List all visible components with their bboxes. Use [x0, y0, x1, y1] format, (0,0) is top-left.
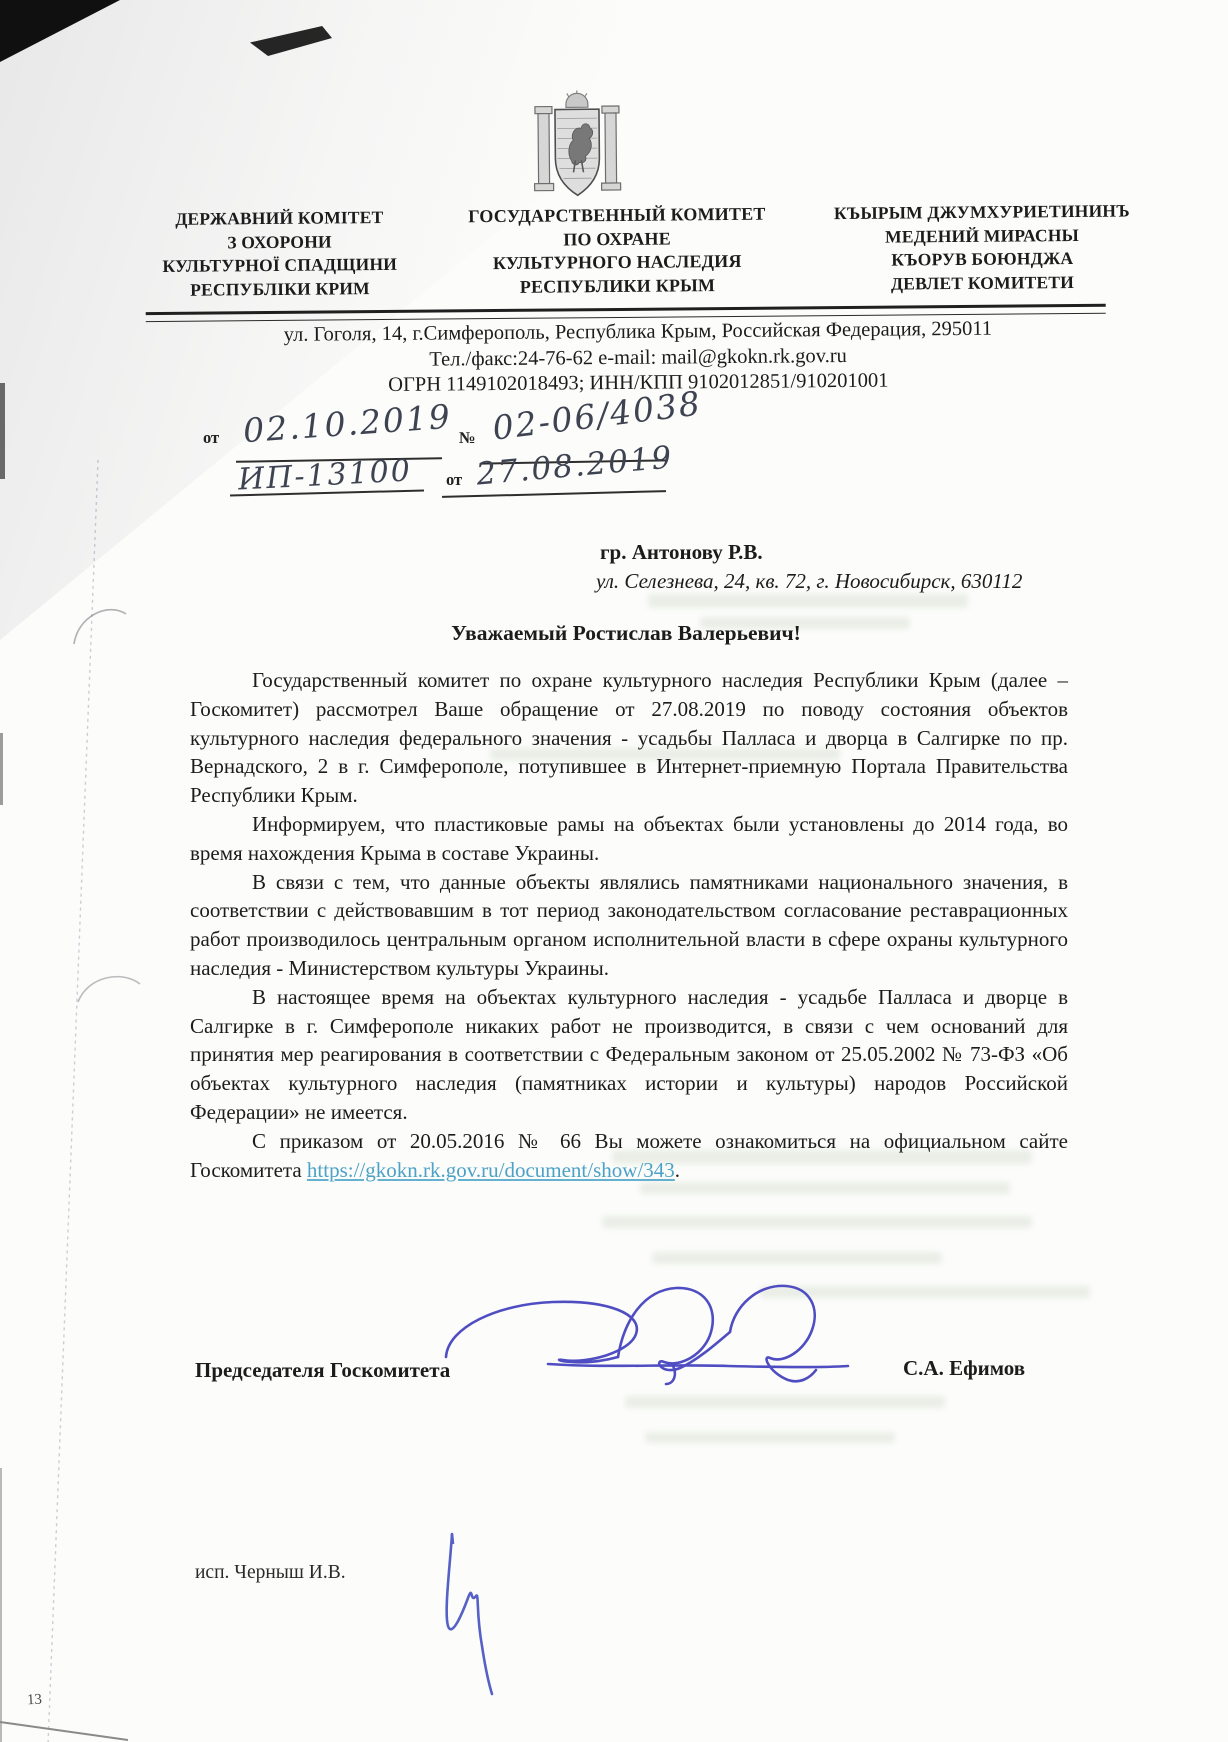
incoming-date-handwritten: 27.08.2019	[475, 439, 675, 492]
signer-position: Председателя Госкомитета	[195, 1358, 450, 1383]
recipient-address: ул. Селезнева, 24, кв. 72, г. Новосибирс…	[596, 569, 1022, 594]
incoming-date-label: от	[446, 470, 462, 490]
outgoing-number-label: №	[459, 428, 476, 448]
scanned-letter-page: ДЕРЖАВНИЙ КОМІТЕТ З ОХОРОНИ КУЛЬТУРНОЇ С…	[0, 0, 1228, 1742]
body-text-after-link: .	[675, 1158, 680, 1182]
body-paragraph: Информируем, что пластиковые рамы на объ…	[190, 810, 1068, 868]
letterhead: ДЕРЖАВНИЙ КОМІТЕТ З ОХОРОНИ КУЛЬТУРНОЇ С…	[0, 0, 1228, 5]
org-ru-line: КУЛЬТУРНОГО НАСЛЕДИЯ	[452, 250, 782, 276]
gkokn-document-link[interactable]: https://gkokn.rk.gov.ru/document/show/34…	[307, 1158, 675, 1182]
ref-underline	[442, 490, 666, 497]
executor-ink-mark	[418, 1516, 508, 1696]
bleed-through	[648, 594, 968, 608]
pencil-arc-mark	[68, 598, 132, 656]
executor-name: исп. Черныш И.В.	[195, 1562, 346, 1584]
outgoing-date-label: от	[203, 428, 219, 448]
body-paragraph: Государственный комитет по охране культу…	[190, 666, 1068, 810]
org-uk-line: КУЛЬТУРНОЇ СПАДЩИНИ	[142, 253, 417, 279]
body-paragraph: В связи с тем, что данные объекты являли…	[190, 868, 1068, 983]
org-ru-line: ГОСУДАРСТВЕННЫЙ КОМИТЕТ	[452, 203, 782, 229]
bleed-through	[645, 1432, 895, 1443]
org-uk-line: РЕСПУБЛІКИ КРИМ	[142, 276, 417, 302]
signer-name: С.А. Ефимов	[903, 1356, 1025, 1381]
page-number: 13	[27, 1692, 43, 1710]
scan-left-edge-artifact	[0, 1468, 2, 1742]
bleed-through	[602, 1216, 1032, 1228]
body-paragraph: В настоящее время на объектах культурног…	[190, 983, 1068, 1127]
org-uk-line: З ОХОРОНИ	[142, 229, 417, 255]
org-uk-line: ДЕРЖАВНИЙ КОМІТЕТ	[142, 206, 417, 232]
outgoing-date-handwritten: 02.10.2019	[242, 397, 453, 450]
body-paragraph-with-link: С приказом от 20.05.2016 № 66 Вы можете …	[190, 1127, 1068, 1185]
chairman-signature-ink	[428, 1272, 873, 1407]
org-crh-line: ДЕВЛЕТ КОМИТЕТИ	[817, 270, 1147, 296]
pencil-arc-mark	[74, 966, 144, 1014]
crimea-coat-of-arms-emblem	[531, 90, 624, 201]
bleed-through	[652, 1252, 942, 1264]
org-crh-line: МЕДЕНИЙ МИРАСНЫ	[817, 223, 1147, 249]
org-name-crimean-tatar: КЪЫРЫМ ДЖУМХУРИЕТИНИНЪ МЕДЕНИЙ МИРАСНЫ К…	[817, 199, 1148, 296]
letter-body: Государственный комитет по охране культу…	[190, 666, 1068, 1184]
org-ru-line: РЕСПУБЛИКИ КРЫМ	[452, 273, 782, 299]
org-ru-line: ПО ОХРАНЕ	[452, 226, 782, 252]
salutation: Уважаемый Ростислав Валерьевич!	[190, 621, 1062, 646]
org-name-russian: ГОСУДАРСТВЕННЫЙ КОМИТЕТ ПО ОХРАНЕ КУЛЬТУ…	[452, 203, 783, 300]
contact-block: ул. Гоголя, 14, г.Симферополь, Республик…	[163, 316, 1114, 401]
org-name-ukrainian: ДЕРЖАВНИЙ КОМІТЕТ З ОХОРОНИ КУЛЬТУРНОЇ С…	[142, 206, 418, 302]
scan-left-edge-artifact	[0, 383, 5, 479]
org-crh-line: КЪОРУВ БОЮНДЖА	[817, 246, 1147, 272]
scan-paper-edge-line	[40, 460, 110, 1742]
scan-corner-artifact	[0, 0, 120, 62]
scan-bottom-edge-line	[0, 1716, 130, 1742]
org-crh-line: КЪЫРЫМ ДЖУМХУРИЕТИНИНЪ	[817, 199, 1147, 225]
scan-left-edge-artifact	[0, 733, 3, 805]
recipient-name: гр. Антонову Р.В.	[600, 540, 763, 565]
scan-top-edge-artifact	[250, 26, 332, 56]
